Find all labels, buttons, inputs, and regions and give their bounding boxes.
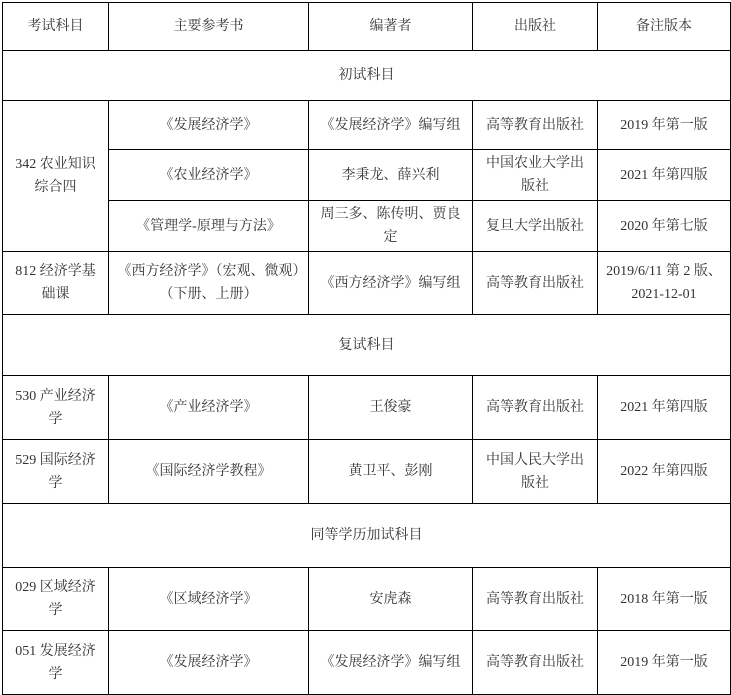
publisher-cell: 中国农业大学出版社 (473, 150, 598, 201)
publisher-cell: 高等教育出版社 (473, 101, 598, 150)
column-header-exam-subject: 考试科目 (3, 3, 109, 51)
authors-cell: 《西方经济学》编写组 (309, 252, 473, 315)
publisher-cell: 高等教育出版社 (473, 376, 598, 440)
column-header-publisher: 出版社 (473, 3, 598, 51)
book-cell: 《发展经济学》 (109, 101, 309, 150)
table-header-row: 考试科目 主要参考书 编著者 出版社 备注版本 (3, 3, 731, 51)
book-cell: 《产业经济学》 (109, 376, 309, 440)
table-row: 《管理学-原理与方法》 周三多、陈传明、贾良定 复旦大学出版社 2020 年第七… (3, 201, 731, 252)
book-cell: 《西方经济学》（宏观、微观）（下册、上册） (109, 252, 309, 315)
reference-books-table: 考试科目 主要参考书 编著者 出版社 备注版本 初试科目 342 农业知识综合四… (2, 2, 731, 695)
table-row: 029 区域经济学 《区域经济学》 安虎森 高等教育出版社 2018 年第一版 (3, 568, 731, 631)
book-cell: 《发展经济学》 (109, 631, 309, 695)
edition-cell: 2018 年第一版 (598, 568, 731, 631)
table-row: 529 国际经济学 《国际经济学教程》 黄卫平、彭刚 中国人民大学出版社 202… (3, 440, 731, 504)
publisher-cell: 复旦大学出版社 (473, 201, 598, 252)
authors-cell: 《发展经济学》编写组 (309, 631, 473, 695)
exam-subject-cell: 342 农业知识综合四 (3, 101, 109, 252)
publisher-cell: 高等教育出版社 (473, 568, 598, 631)
edition-cell: 2021 年第四版 (598, 150, 731, 201)
edition-cell: 2019 年第一版 (598, 631, 731, 695)
table-row: 《农业经济学》 李秉龙、薛兴利 中国农业大学出版社 2021 年第四版 (3, 150, 731, 201)
exam-subject-cell: 529 国际经济学 (3, 440, 109, 504)
book-cell: 《管理学-原理与方法》 (109, 201, 309, 252)
column-header-main-reference-book: 主要参考书 (109, 3, 309, 51)
exam-subject-cell: 530 产业经济学 (3, 376, 109, 440)
publisher-cell: 高等教育出版社 (473, 631, 598, 695)
section-title: 初试科目 (3, 51, 731, 101)
exam-subject-cell: 051 发展经济学 (3, 631, 109, 695)
book-cell: 《国际经济学教程》 (109, 440, 309, 504)
section-row-initial-exam: 初试科目 (3, 51, 731, 101)
authors-cell: 《发展经济学》编写组 (309, 101, 473, 150)
section-title: 同等学历加试科目 (3, 504, 731, 568)
publisher-cell: 中国人民大学出版社 (473, 440, 598, 504)
section-title: 复试科目 (3, 315, 731, 376)
edition-cell: 2021 年第四版 (598, 376, 731, 440)
table-row: 342 农业知识综合四 《发展经济学》 《发展经济学》编写组 高等教育出版社 2… (3, 101, 731, 150)
page: 考试科目 主要参考书 编著者 出版社 备注版本 初试科目 342 农业知识综合四… (0, 0, 731, 688)
authors-cell: 周三多、陈传明、贾良定 (309, 201, 473, 252)
exam-subject-cell: 812 经济学基础课 (3, 252, 109, 315)
edition-cell: 2019 年第一版 (598, 101, 731, 150)
edition-cell: 2020 年第七版 (598, 201, 731, 252)
authors-cell: 安虎森 (309, 568, 473, 631)
authors-cell: 王俊豪 (309, 376, 473, 440)
authors-cell: 李秉龙、薛兴利 (309, 150, 473, 201)
edition-cell: 2019/6/11 第 2 版、2021-12-01 (598, 252, 731, 315)
table-row: 812 经济学基础课 《西方经济学》（宏观、微观）（下册、上册） 《西方经济学》… (3, 252, 731, 315)
authors-cell: 黄卫平、彭刚 (309, 440, 473, 504)
table-row: 051 发展经济学 《发展经济学》 《发展经济学》编写组 高等教育出版社 201… (3, 631, 731, 695)
book-cell: 《区域经济学》 (109, 568, 309, 631)
column-header-authors: 编著者 (309, 3, 473, 51)
table-row: 530 产业经济学 《产业经济学》 王俊豪 高等教育出版社 2021 年第四版 (3, 376, 731, 440)
book-cell: 《农业经济学》 (109, 150, 309, 201)
publisher-cell: 高等教育出版社 (473, 252, 598, 315)
edition-cell: 2022 年第四版 (598, 440, 731, 504)
exam-subject-cell: 029 区域经济学 (3, 568, 109, 631)
column-header-edition-note: 备注版本 (598, 3, 731, 51)
section-row-equivalent-degree-additional-exam: 同等学历加试科目 (3, 504, 731, 568)
section-row-retest-exam: 复试科目 (3, 315, 731, 376)
